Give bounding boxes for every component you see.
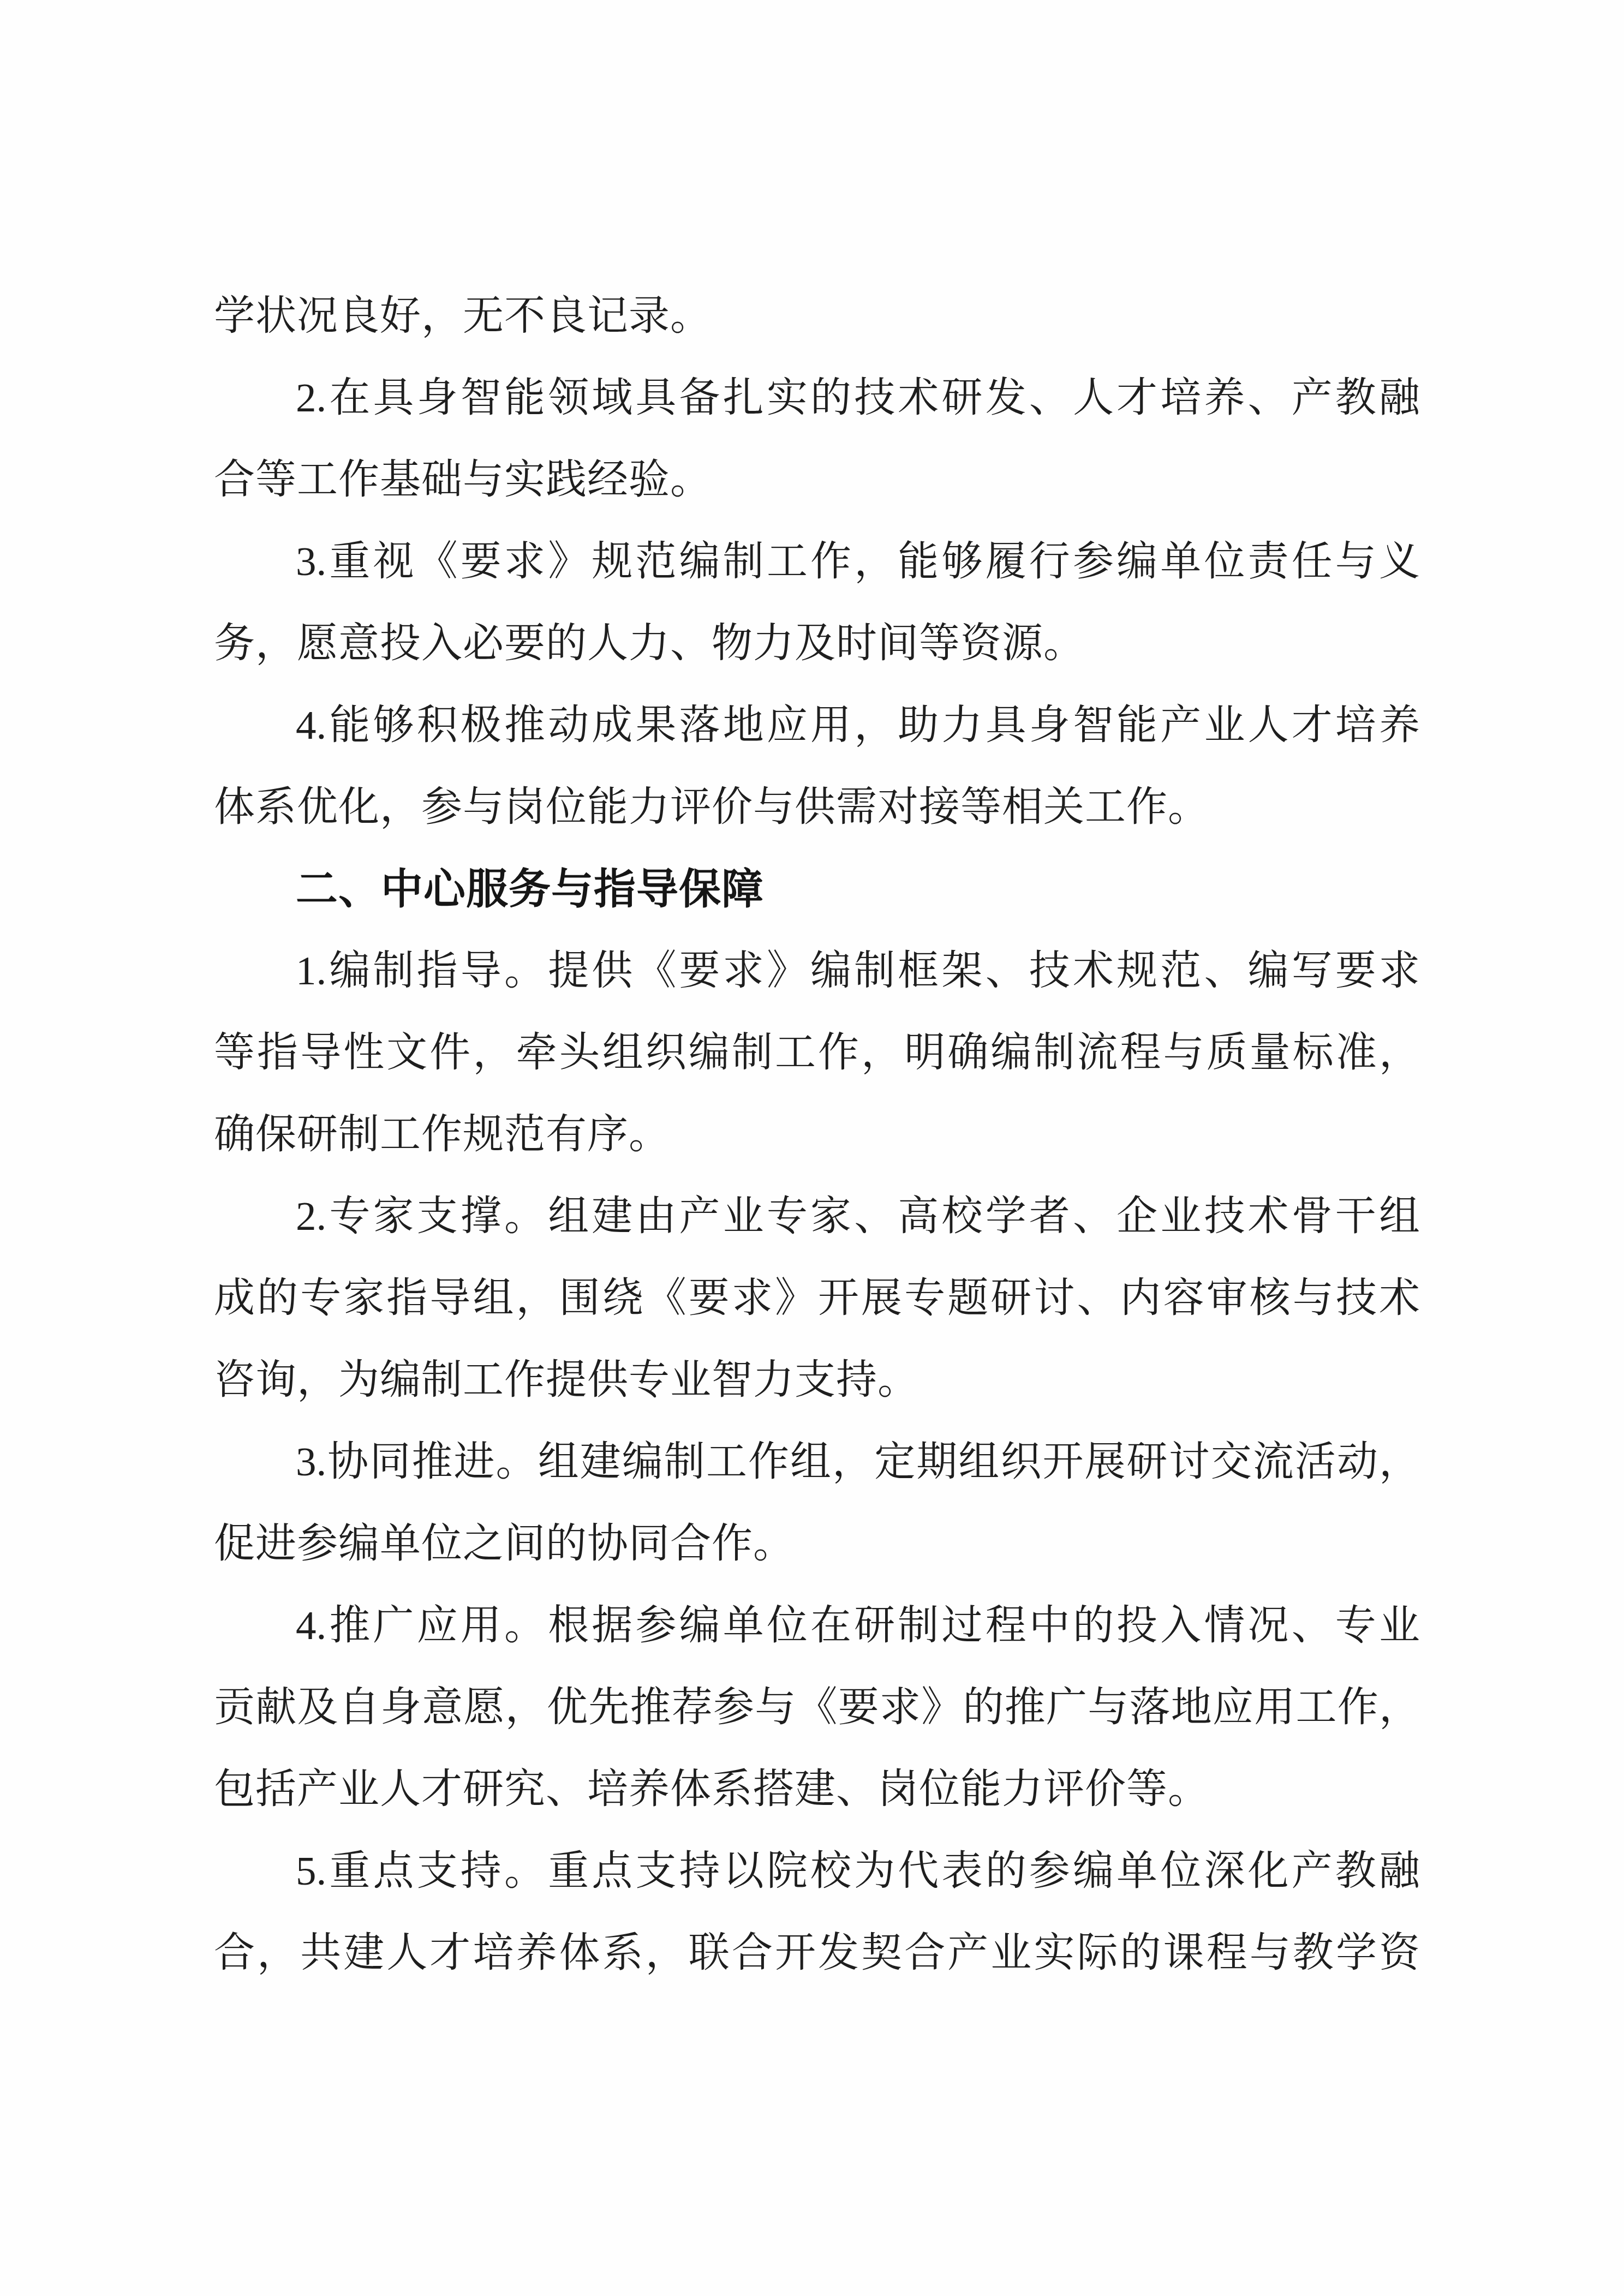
text-line: 学状况良好，无不良记录。 [214,276,1420,357]
text-line: 3.协同推进。组建编制工作组，定期组织开展研讨交流活动， [214,1421,1420,1503]
text-line: 4.能够积极推动成果落地应用，助力具身智能产业人才培养 [214,685,1420,767]
text-line: 1.编制指导。提供《要求》编制框架、技术规范、编写要求 [214,930,1420,1012]
text-line: 3.重视《要求》规范编制工作，能够履行参编单位责任与义 [214,521,1420,603]
text-line: 合，共建人才培养体系，联合开发契合产业实际的课程与教学资 [214,1912,1420,1994]
document-page: 学状况良好，无不良记录。 2.在具身智能领域具备扎实的技术研发、人才培养、产教融… [0,0,1624,2296]
text-line: 5.重点支持。重点支持以院校为代表的参编单位深化产教融 [214,1831,1420,1912]
text-line: 合等工作基础与实践经验。 [214,439,1420,521]
text-line: 4.推广应用。根据参编单位在研制过程中的投入情况、专业 [214,1585,1420,1667]
text-line: 体系优化，参与岗位能力评价与供需对接等相关工作。 [214,767,1420,848]
section-heading: 二、中心服务与指导保障 [214,848,1420,930]
text-line: 务，愿意投入必要的人力、物力及时间等资源。 [214,603,1420,685]
text-line: 2.在具身智能领域具备扎实的技术研发、人才培养、产教融 [214,357,1420,439]
text-line: 2.专家支撑。组建由产业专家、高校学者、企业技术骨干组 [214,1176,1420,1258]
text-line: 成的专家指导组，围绕《要求》开展专题研讨、内容审核与技术 [214,1258,1420,1340]
document-text-block: 学状况良好，无不良记录。 2.在具身智能领域具备扎实的技术研发、人才培养、产教融… [214,276,1420,1994]
text-line: 贡献及自身意愿，优先推荐参与《要求》的推广与落地应用工作， [214,1667,1420,1749]
text-line: 等指导性文件，牵头组织编制工作，明确编制流程与质量标准， [214,1012,1420,1094]
text-line: 促进参编单位之间的协同合作。 [214,1503,1420,1585]
text-line: 包括产业人才研究、培养体系搭建、岗位能力评价等。 [214,1749,1420,1831]
text-line: 确保研制工作规范有序。 [214,1094,1420,1176]
text-line: 咨询，为编制工作提供专业智力支持。 [214,1340,1420,1421]
